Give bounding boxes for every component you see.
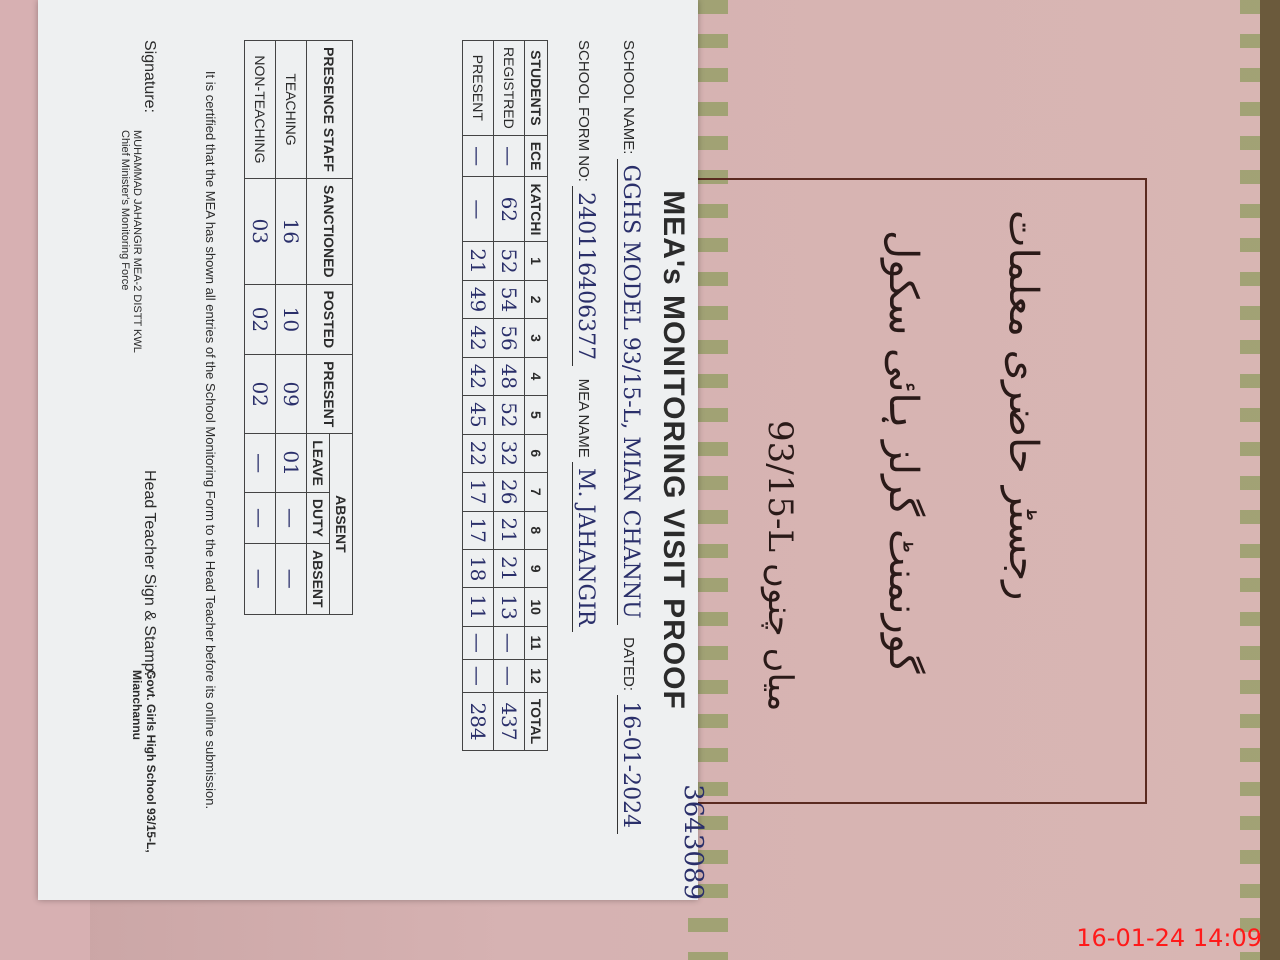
school-form-no-value: 240116406377 [572,186,598,366]
present-class-3: 42 [463,319,494,357]
header-cell: STUDENTS [525,41,548,136]
header-cell: 8 [525,511,548,549]
head-teacher-sign-label: Head Teacher Sign & Stamp: [140,470,158,676]
teaching-present: 09 [276,355,307,434]
header-cell: 5 [525,396,548,434]
row-label: TEACHING [276,41,307,179]
present-class-7: 17 [463,473,494,511]
students-table: STUDENTS ECE KATCHI 1 2 3 4 5 6 7 8 9 10… [462,40,548,751]
present-class-8: 17 [463,511,494,549]
registered-total: 437 [494,692,525,750]
form-title: MEA's MONITORING VISIT PROOF [656,10,690,890]
header-cell: 6 [525,434,548,472]
cover-title-urdu: رجسٹر حاضری معلمات [1000,210,1046,601]
header-cell: 1 [525,242,548,280]
header-cell: ECE [525,135,548,177]
header-cell: KATCHI [525,177,548,242]
row-label: PRESENT [463,41,494,136]
non-teaching-sanctioned: 03 [245,178,276,284]
header-cell: 2 [525,280,548,318]
present-total: 284 [463,692,494,750]
registered-ece: — [494,135,525,177]
registered-class-9: 21 [494,549,525,587]
cover-location-urdu: 93/15-L میاں چنوں [760,420,800,711]
monitoring-form: MEA's MONITORING VISIT PROOF 3643089 SCH… [38,10,698,890]
teaching-duty: — [276,492,307,543]
registered-katchi: 62 [494,177,525,242]
header-cell: 4 [525,357,548,395]
present-class-2: 49 [463,280,494,318]
table-row: REGISTRED — 62 52 54 56 48 52 32 26 21 2… [494,41,525,751]
present-katchi: — [463,177,494,242]
present-class-4: 42 [463,357,494,395]
header-cell: ABSENT [307,544,330,615]
present-class-6: 22 [463,434,494,472]
header-cell: 11 [525,626,548,659]
serial-number: 3643089 [678,784,708,900]
mea-stamp-name: MUHAMMAD JAHANGIR MEA-2 DISTT KWL [131,130,143,430]
monitoring-form-paper: MEA's MONITORING VISIT PROOF 3643089 SCH… [38,0,698,900]
row-label: NON-TEACHING [245,41,276,179]
header-cell: 9 [525,549,548,587]
school-form-no-label: SCHOOL FORM NO: [575,40,592,182]
registered-class-2: 54 [494,280,525,318]
non-teaching-posted: 02 [245,284,276,355]
non-teaching-duty: — [245,492,276,543]
registered-class-10: 13 [494,588,525,626]
registered-class-1: 52 [494,242,525,280]
teaching-leave: 01 [276,434,307,493]
header-cell: POSTED [307,284,353,355]
registered-class-11: — [494,626,525,659]
school-name-label: SCHOOL NAME: [620,40,637,154]
registered-class-4: 48 [494,357,525,395]
cover-school-urdu: گورنمنٹ گرلز ہائی سکول [880,230,926,674]
dated-value: 16-01-2024 [617,695,643,834]
header-cell: 7 [525,473,548,511]
dated-label: DATED: [620,637,637,691]
school-name-row: SCHOOL NAME: GGHS MODEL 93/15-L, MIAN CH… [618,40,643,834]
header-cell: LEAVE [307,434,330,493]
registered-class-12: — [494,659,525,692]
camera-timestamp: 16-01-24 14:09 [1076,924,1262,952]
form-no-row: SCHOOL FORM NO: 240116406377 MEA NAME M.… [573,40,598,632]
header-cell: SANCTIONED [307,178,353,284]
header-cell: TOTAL [525,692,548,750]
certification-text: It is certified that the MEA has shown a… [203,40,218,840]
present-class-12: — [463,659,494,692]
table-row: TEACHING 16 10 09 01 — — [276,41,307,615]
teaching-absent: — [276,544,307,615]
staff-header-row: PRESENCE STAFF SANCTIONED POSTED PRESENT… [330,41,353,615]
present-class-10: 11 [463,588,494,626]
table-row: NON-TEACHING 03 02 02 — — — [245,41,276,615]
mea-name-label: MEA NAME [575,379,592,458]
registered-class-7: 26 [494,473,525,511]
mea-stamp-note: Chief Minister's Monitoring Force [119,130,131,430]
header-cell: PRESENT [307,355,353,434]
header-cell: 12 [525,659,548,692]
mea-stamp: MUHAMMAD JAHANGIR MEA-2 DISTT KWL Chief … [119,130,143,430]
mea-name-value: M. JAHANGIR [572,462,598,632]
header-cell: 10 [525,588,548,626]
book-edge [1260,0,1280,960]
registered-class-6: 32 [494,434,525,472]
staff-table: PRESENCE STAFF SANCTIONED POSTED PRESENT… [244,40,353,615]
absent-group-header: ABSENT [330,434,353,614]
header-cell: 3 [525,319,548,357]
signature-label: Signature: [140,40,158,113]
students-header-row: STUDENTS ECE KATCHI 1 2 3 4 5 6 7 8 9 10… [525,41,548,751]
present-class-11: — [463,626,494,659]
non-teaching-leave: — [245,434,276,493]
registered-class-8: 21 [494,511,525,549]
teaching-sanctioned: 16 [276,178,307,284]
header-cell: PRESENCE STAFF [307,41,353,179]
non-teaching-absent: — [245,544,276,615]
table-row: PRESENT — — 21 49 42 42 45 22 17 17 18 1… [463,41,494,751]
registered-class-3: 56 [494,319,525,357]
school-stamp: Govt. Girls High School 93/15-L, Miancha… [130,670,158,890]
registered-class-5: 52 [494,396,525,434]
non-teaching-present: 02 [245,355,276,434]
teaching-posted: 10 [276,284,307,355]
row-label: REGISTRED [494,41,525,136]
present-ece: — [463,135,494,177]
school-name-value: GGHS MODEL 93/15-L, MIAN CHANNU [617,159,643,625]
header-cell: DUTY [307,492,330,543]
present-class-5: 45 [463,396,494,434]
present-class-9: 18 [463,549,494,587]
present-class-1: 21 [463,242,494,280]
